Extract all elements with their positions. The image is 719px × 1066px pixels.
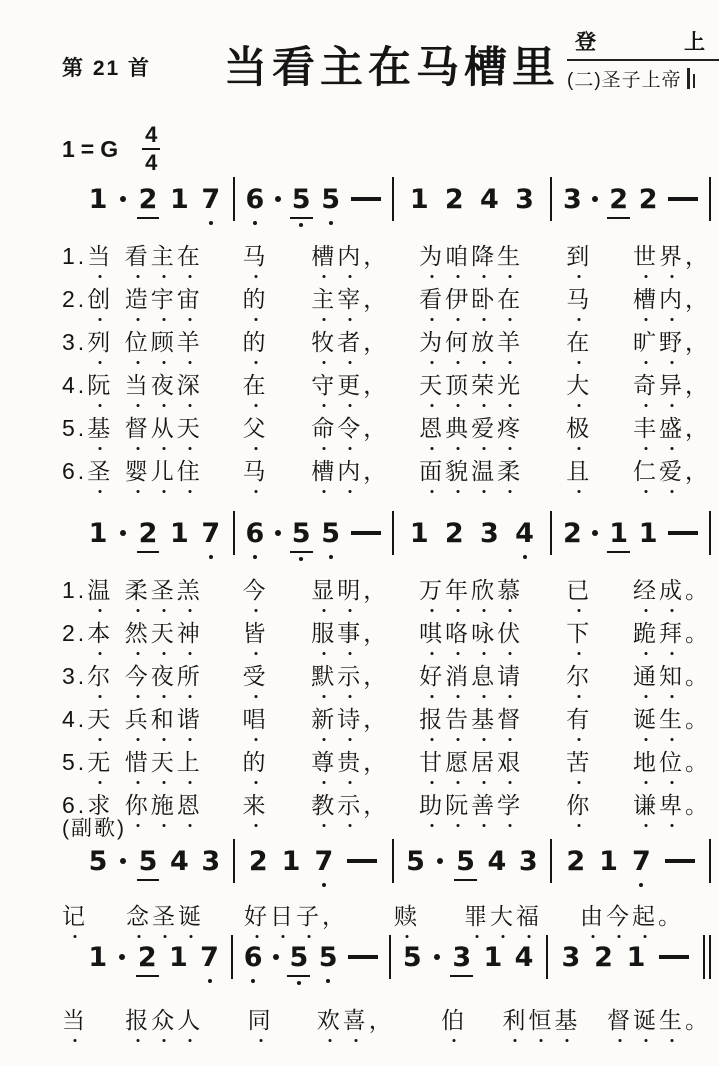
running-head-top: 登 上 <box>567 26 719 61</box>
note: 2 <box>609 186 628 213</box>
note: 2 <box>445 520 464 547</box>
lyric-cell: 同 <box>248 1002 317 1035</box>
lyric-character: 槽 <box>311 453 337 486</box>
lyric-character: 咱 <box>445 238 471 271</box>
verse-lyrics-block: 1.温柔圣羔今显明，万年欣慕已经成。2.本然天神皆服事，唭咯咏伏下跪拜。3.尔今… <box>62 572 711 830</box>
lyric-cell: 念圣诞 <box>126 898 244 931</box>
note: 5 <box>319 944 338 971</box>
lyric-character: 羊 <box>177 324 203 357</box>
hymn-title: 当看主在马槽里 <box>224 34 560 95</box>
lyric-character: 牧 <box>311 324 337 357</box>
lyric-character: 。 <box>685 572 711 605</box>
running-head-category-text: (二)圣子上帝 <box>567 65 682 92</box>
measure: 1234 <box>394 520 551 547</box>
duration-dash <box>668 531 698 535</box>
lyric-cell: 在 <box>243 367 312 400</box>
note: 1 <box>169 944 188 971</box>
lyric-cell: 2.创 <box>62 281 125 314</box>
lyric-character: 面 <box>419 453 445 486</box>
note: 5 <box>403 944 422 971</box>
lyric-character: 当 <box>125 367 151 400</box>
lyric-cell: 到 <box>566 238 633 271</box>
lyric-character: 深 <box>177 367 203 400</box>
lyric-character: 苦 <box>566 744 592 777</box>
measure: 321 <box>548 944 703 971</box>
lyric-line: 当报众人同欢喜，伯利恒基督诞生。 <box>62 1002 711 1045</box>
lyric-character: 所 <box>177 658 203 691</box>
lyric-character: 新 <box>311 701 337 734</box>
time-signature-denominator: 4 <box>145 150 157 174</box>
running-head-right: 上 <box>684 26 705 56</box>
note: 3 <box>452 944 471 971</box>
lyric-character: 羔 <box>177 572 203 605</box>
note: 2 <box>249 848 268 875</box>
lyric-character: 默 <box>311 658 337 691</box>
lyric-character: 受 <box>243 658 269 691</box>
lyric-character: 愿 <box>445 744 471 777</box>
augmentation-dot <box>273 954 279 960</box>
lyric-cell: 好日子， <box>244 898 394 931</box>
lyric-character: 内 <box>337 238 363 271</box>
note: 1 <box>282 848 301 875</box>
note: 2 <box>566 848 585 875</box>
lyric-cell: 命令， <box>311 410 419 443</box>
lyric-line: 3.尔今夜所受默示，好消息请尔通知。 <box>62 658 711 701</box>
lyric-character: 显 <box>311 572 337 605</box>
lyric-character: 主 <box>311 281 337 314</box>
lyric-character: 为 <box>419 238 445 271</box>
lyric-character: ， <box>685 281 711 314</box>
lyric-line: 4.阮当夜深在守更，天顶荣光大奇异， <box>62 367 711 410</box>
lyric-character: 3 <box>62 663 78 690</box>
lyric-cell: 2.本 <box>62 615 125 648</box>
lyric-character: . <box>78 620 87 647</box>
lyric-line: 4.天兵和谐唱新诗，报告基督有诞生。 <box>62 701 711 744</box>
lyric-character: 息 <box>471 658 497 691</box>
lyric-character: 地 <box>633 744 659 777</box>
augmentation-dot <box>120 858 126 864</box>
lyric-character: 伯 <box>441 1002 467 1035</box>
music-line: 12176551243322 <box>76 176 711 222</box>
lyric-character: 圣 <box>87 453 113 486</box>
lyric-character: 生 <box>659 701 685 734</box>
lyric-cell: 赎 <box>394 898 464 931</box>
lyric-character: 顾 <box>151 324 177 357</box>
chorus-label: (副歌) <box>62 812 126 842</box>
duration-dash <box>351 197 381 201</box>
lyric-character: 助 <box>419 787 445 820</box>
lyric-character: 宇 <box>151 281 177 314</box>
lyric-character: 拜 <box>659 615 685 648</box>
lyric-character: 光 <box>497 367 523 400</box>
augmentation-dot <box>119 954 125 960</box>
lyric-cell: 惜天上 <box>125 744 243 777</box>
lyric-cell: 罪大福 <box>464 898 580 931</box>
music-line: 55432175543217 <box>76 838 711 884</box>
measure: 211 <box>552 520 709 547</box>
lyric-character: 荣 <box>471 367 497 400</box>
note: 7 <box>200 944 219 971</box>
lyric-character: 卑 <box>659 787 685 820</box>
lyric-character: 已 <box>566 572 592 605</box>
lyric-character: ， <box>363 453 389 486</box>
lyric-character: 丰 <box>633 410 659 443</box>
note: 4 <box>515 944 534 971</box>
lyric-character: ， <box>363 281 389 314</box>
note: 3 <box>519 848 538 875</box>
lyric-character: 4 <box>62 706 78 733</box>
lyric-character: 诞 <box>633 701 659 734</box>
lyric-cell: 教示， <box>311 787 419 820</box>
lyric-character: 尔 <box>87 658 113 691</box>
lyric-cell: 默示， <box>311 658 419 691</box>
lyric-character: 且 <box>566 453 592 486</box>
lyric-character: ， <box>363 572 389 605</box>
note: 1 <box>170 520 189 547</box>
note: 1 <box>88 944 107 971</box>
note: 6 <box>245 186 264 213</box>
measure: 655 <box>235 520 392 547</box>
lyric-character: ， <box>363 324 389 357</box>
note: 2 <box>563 520 582 547</box>
lyric-character: 当 <box>62 1002 88 1035</box>
augmentation-dot <box>275 530 281 536</box>
lyric-cell: 仁爱， <box>633 453 711 486</box>
measure: 5543 <box>394 848 551 875</box>
lyric-character: 温 <box>87 572 113 605</box>
lyric-character: 慕 <box>497 572 523 605</box>
lyric-character: 万 <box>419 572 445 605</box>
lyric-character: ， <box>363 410 389 443</box>
lyric-character: 位 <box>659 744 685 777</box>
lyric-character: 者 <box>337 324 363 357</box>
note: 5 <box>456 848 475 875</box>
lyric-cell: 督从天 <box>125 410 243 443</box>
lyric-character: 在 <box>177 238 203 271</box>
lyric-line: 记念圣诞好日子，赎罪大福由今起。 <box>62 898 711 941</box>
lyric-character: 6 <box>62 458 78 485</box>
lyric-cell: 天顶荣光 <box>419 367 566 400</box>
lyric-character: 起 <box>632 898 658 931</box>
duration-dash <box>347 859 377 863</box>
lyric-character: 。 <box>685 744 711 777</box>
lyric-cell: 跪拜。 <box>633 615 711 648</box>
lyric-character: 欣 <box>471 572 497 605</box>
lyric-character: 婴 <box>125 453 151 486</box>
lyric-character: 典 <box>445 410 471 443</box>
note: 5 <box>89 848 108 875</box>
lyric-character: 的 <box>243 744 269 777</box>
lyric-cell: 4.阮 <box>62 367 125 400</box>
note: 5 <box>139 848 158 875</box>
note: 4 <box>515 520 534 547</box>
lyric-cell: 好消息请 <box>419 658 566 691</box>
lyric-cell: 3.列 <box>62 324 125 357</box>
note: 5 <box>292 520 311 547</box>
note: 5 <box>292 186 311 213</box>
lyric-cell: 旷野， <box>633 324 711 357</box>
time-signature: 4 4 <box>142 124 160 174</box>
lyric-character: 同 <box>248 1002 274 1035</box>
lyric-cell: 苦 <box>566 744 633 777</box>
lyric-character: ， <box>685 367 711 400</box>
lyric-cell: 显明， <box>311 572 419 605</box>
lyric-character: 成 <box>659 572 685 605</box>
lyric-character: 贵 <box>337 744 363 777</box>
lyric-character: 更 <box>337 367 363 400</box>
lyric-character: 柔 <box>497 453 523 486</box>
lyric-character: 基 <box>87 410 113 443</box>
lyric-character: 今 <box>125 658 151 691</box>
lyric-character: 你 <box>125 787 151 820</box>
measure: 5314 <box>391 944 546 971</box>
lyric-character: 令 <box>337 410 363 443</box>
lyric-character: 生 <box>497 238 523 271</box>
lyric-cell: 助阮善学 <box>419 787 566 820</box>
duration-dash <box>351 531 381 535</box>
note: 7 <box>315 848 334 875</box>
measure: 1217 <box>76 186 233 213</box>
lyric-line: 2.本然天神皆服事，唭咯咏伏下跪拜。 <box>62 615 711 658</box>
lyric-character: 。 <box>658 898 684 931</box>
lyric-line: 5.无惜天上的尊贵，甘愿居艰苦地位。 <box>62 744 711 787</box>
lyric-character: 神 <box>177 615 203 648</box>
lyric-cell: 马 <box>243 453 312 486</box>
lyric-cell: 槽内， <box>311 453 419 486</box>
lyric-character: 卧 <box>471 281 497 314</box>
lyric-character: . <box>78 372 87 399</box>
lyric-character: 大 <box>490 898 516 931</box>
lyric-cell: 1.温 <box>62 572 125 605</box>
lyric-character: 艰 <box>497 744 523 777</box>
augmentation-dot <box>592 196 598 202</box>
measure: 1243 <box>394 186 551 213</box>
lyric-character: 消 <box>445 658 471 691</box>
augmentation-dot <box>120 530 126 536</box>
augmentation-dot <box>437 858 443 864</box>
lyric-cell: 由今起。 <box>580 898 711 931</box>
lyric-character: 槽 <box>633 281 659 314</box>
lyric-character: 圣 <box>151 572 177 605</box>
lyric-character: 大 <box>566 367 592 400</box>
lyric-character: 界 <box>659 238 685 271</box>
lyric-character: 人 <box>177 1002 203 1035</box>
lyric-character: ， <box>363 701 389 734</box>
lyric-character: . <box>78 286 87 313</box>
lyric-character: 天 <box>87 701 113 734</box>
lyric-character: 伊 <box>445 281 471 314</box>
lyric-character: 尊 <box>311 744 337 777</box>
lyric-cell: 父 <box>243 410 312 443</box>
lyric-character: 。 <box>685 658 711 691</box>
duration-dash <box>348 955 378 959</box>
lyric-character: 兵 <box>125 701 151 734</box>
lyric-character: 恒 <box>528 1002 554 1035</box>
lyric-cell: 然天神 <box>125 615 243 648</box>
duration-dash <box>659 955 689 959</box>
lyric-character: 极 <box>566 410 592 443</box>
lyric-character: 马 <box>243 238 269 271</box>
lyric-character: 儿 <box>151 453 177 486</box>
lyric-character: 知 <box>659 658 685 691</box>
lyric-cell: 受 <box>243 658 312 691</box>
lyric-character: 仁 <box>633 453 659 486</box>
lyric-character: 诗 <box>337 701 363 734</box>
lyric-character: ， <box>363 367 389 400</box>
lyric-cell: 尊贵， <box>311 744 419 777</box>
lyric-character: . <box>78 329 87 356</box>
lyric-character: . <box>78 458 87 485</box>
lyric-character: 旷 <box>633 324 659 357</box>
lyric-cell: 经成。 <box>633 572 711 605</box>
lyric-character: . <box>78 749 87 776</box>
lyric-character: 异 <box>659 367 685 400</box>
lyric-character: 甘 <box>419 744 445 777</box>
note: 4 <box>480 186 499 213</box>
lyric-character: 本 <box>87 615 113 648</box>
measure: 655 <box>233 944 388 971</box>
lyric-cell: 唱 <box>243 701 312 734</box>
lyric-character: 通 <box>633 658 659 691</box>
lyric-character: 日 <box>270 898 296 931</box>
lyric-line: 5.基督从天父命令，恩典爱疼极丰盛， <box>62 410 711 453</box>
lyric-character: 请 <box>497 658 523 691</box>
note: 1 <box>483 944 502 971</box>
lyric-cell: 5.基 <box>62 410 125 443</box>
duration-dash <box>665 859 695 863</box>
lyric-character: 来 <box>243 787 269 820</box>
lyric-cell: 欢喜， <box>317 1002 441 1035</box>
lyric-character: 赎 <box>394 898 420 931</box>
lyric-character: 恩 <box>419 410 445 443</box>
duration-dash <box>668 197 698 201</box>
lyric-character: 然 <box>125 615 151 648</box>
lyric-line: 2.创造宇宙的主宰，看伊卧在马槽内， <box>62 281 711 324</box>
measure: 1217 <box>76 520 233 547</box>
lyric-cell: 柔圣羔 <box>125 572 243 605</box>
lyric-character: 恩 <box>177 787 203 820</box>
key-and-time-signature: 1=G 4 4 <box>62 124 160 174</box>
lyric-character: . <box>78 243 87 270</box>
lyric-character: 住 <box>177 453 203 486</box>
lyric-character: 有 <box>566 701 592 734</box>
lyric-character: 温 <box>471 453 497 486</box>
lyric-character: 看 <box>125 238 151 271</box>
music-line: 12176551234211 <box>76 510 711 556</box>
lyric-character: 宰 <box>337 281 363 314</box>
lyric-character: 野 <box>659 324 685 357</box>
lyric-character: 5 <box>62 749 78 776</box>
note: 7 <box>632 848 651 875</box>
lyric-character: . <box>78 415 87 442</box>
lyric-cell: 地位。 <box>633 744 711 777</box>
key-signature: 1=G <box>62 136 124 163</box>
lyric-cell: 且 <box>566 453 633 486</box>
lyric-cell: 督诞生。 <box>607 1002 711 1035</box>
lyric-cell: 你施恩 <box>125 787 243 820</box>
lyric-cell: 位顾羊 <box>125 324 243 357</box>
lyric-cell: 今 <box>243 572 312 605</box>
note: 4 <box>487 848 506 875</box>
lyric-character: 爱 <box>471 410 497 443</box>
lyric-character: 生 <box>659 1002 685 1035</box>
lyric-cell: 奇异， <box>633 367 711 400</box>
lyric-character: 何 <box>445 324 471 357</box>
lyric-cell: 主宰， <box>311 281 419 314</box>
lyric-character: 喜 <box>343 1002 369 1035</box>
lyric-cell: 下 <box>566 615 633 648</box>
lyric-character: 到 <box>566 238 592 271</box>
note: 3 <box>562 944 581 971</box>
lyric-character: 。 <box>685 1002 711 1035</box>
lyric-line: 3.列位顾羊的牧者，为何放羊在旷野， <box>62 324 711 367</box>
lyric-character: ， <box>363 615 389 648</box>
lyric-character: ， <box>363 658 389 691</box>
lyric-character: 疼 <box>497 410 523 443</box>
note: 7 <box>201 186 220 213</box>
lyric-character: 创 <box>87 281 113 314</box>
lyric-cell: 婴儿住 <box>125 453 243 486</box>
lyric-character: 奇 <box>633 367 659 400</box>
lyric-cell: 面貌温柔 <box>419 453 566 486</box>
lyric-character: 服 <box>311 615 337 648</box>
lyric-character: 。 <box>685 787 711 820</box>
lyric-character: 在 <box>243 367 269 400</box>
lyric-character: 天 <box>151 615 177 648</box>
note: 2 <box>445 186 464 213</box>
measure: 217 <box>552 848 709 875</box>
lyric-character: . <box>78 663 87 690</box>
lyric-character: 位 <box>125 324 151 357</box>
lyric-character: 施 <box>151 787 177 820</box>
lyric-character: ， <box>363 744 389 777</box>
lyric-character: 主 <box>151 238 177 271</box>
lyric-cell: 今夜所 <box>125 658 243 691</box>
lyric-character: 阮 <box>87 367 113 400</box>
measure: 217 <box>235 848 392 875</box>
lyric-character: 父 <box>243 410 269 443</box>
note: 6 <box>245 520 264 547</box>
lyric-character: 谐 <box>177 701 203 734</box>
note: 3 <box>563 186 582 213</box>
chorus-lyrics-line: 记念圣诞好日子，赎罪大福由今起。 <box>62 898 711 941</box>
lyric-cell: 世界， <box>633 238 711 271</box>
lyric-character: 督 <box>497 701 523 734</box>
lyric-character: 好 <box>419 658 445 691</box>
lyric-character: 子 <box>296 898 322 931</box>
lyric-character: 示 <box>337 658 363 691</box>
measure: 5543 <box>76 848 233 875</box>
lyric-character: 事 <box>337 615 363 648</box>
lyric-cell: 3.尔 <box>62 658 125 691</box>
hymn-sheet-page: 第 21 首 当看主在马槽里 登 上 (二)圣子上帝 1=G 4 4 12176… <box>0 0 719 1066</box>
note: 5 <box>289 944 308 971</box>
lyric-cell: 万年欣慕 <box>419 572 566 605</box>
lyric-cell: 服事， <box>311 615 419 648</box>
lyric-character: 唭 <box>419 615 445 648</box>
lyric-character: 内 <box>337 453 363 486</box>
lyric-character: 。 <box>685 615 711 648</box>
lyric-character: ， <box>685 410 711 443</box>
lyric-cell: 已 <box>566 572 633 605</box>
lyric-character: 1 <box>62 577 78 604</box>
lyric-cell: 的 <box>243 744 312 777</box>
note: 1 <box>639 520 658 547</box>
lyric-character: 诞 <box>178 898 204 931</box>
lyric-character: 唱 <box>243 701 269 734</box>
lyric-character: 学 <box>497 787 523 820</box>
lyric-character: 明 <box>337 572 363 605</box>
